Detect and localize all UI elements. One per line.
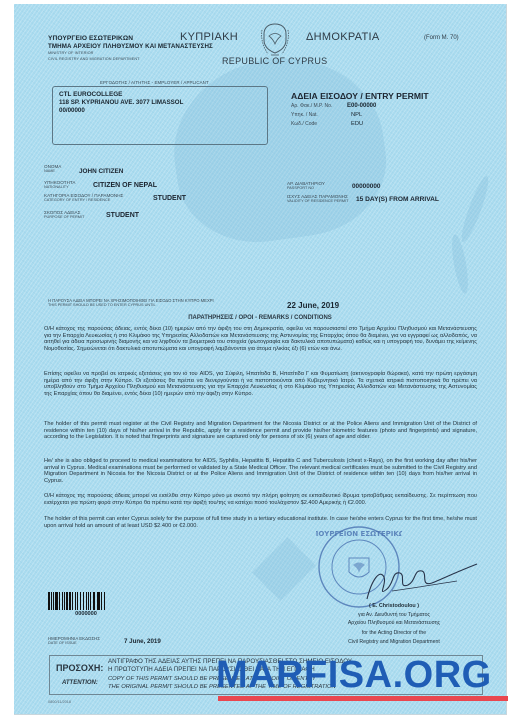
applicant-address: 118 SP. KYPRIANOU AVE. 3077 LIMASSOL [59, 99, 183, 106]
passport-field-label: ΑΡ. ΔΙΑΒΑΤΗΡΙΟΥ PASSPORT NO [287, 181, 325, 191]
ministry-en: MINISTRY OF INTERIOR [48, 51, 94, 55]
watermark-shape [252, 537, 316, 601]
remarks-paragraph-en-2: He/ she is also obliged to proceed to me… [44, 458, 477, 484]
attention-label-en: ATTENTION: [62, 680, 98, 686]
file-number-label: Αρ. Φακ./ M.P. No. [291, 103, 332, 109]
country-gr-right: ΔΗΜΟΚΡΑΤΙΑ [306, 31, 380, 43]
svg-text:ΥΠΟΥΡΓΕΙΟΝ ΕΣΩΤΕΡΙΚΩΝ: ΥΠΟΥΡΓΕΙΟΝ ΕΣΩΤΕΡΙΚΩΝ [316, 530, 402, 538]
applicant-name: CTL EUROCOLLEGE [59, 91, 122, 98]
watermark-leaf-icon [457, 174, 492, 244]
remarks-paragraph-en-1: The holder of this permit must register … [44, 421, 477, 441]
form-footer-code: 0800/11/2018 [48, 700, 71, 704]
department-en: CIVIL REGISTRY AND MIGRATION DEPARTMENT [48, 57, 140, 61]
ministry-gr: ΥΠΟΥΡΓΕΙΟ ΕΣΩΤΕΡΙΚΩΝ [48, 35, 133, 42]
nationality-code-value: NPL [351, 112, 362, 118]
name-value: JOHN CITIZEN [79, 168, 123, 175]
category-code-value: EDU [351, 121, 363, 127]
nationality-code-label: Υπηκ. / Nat. [291, 112, 318, 118]
brand-underline [218, 696, 508, 701]
department-gr: ΤΜΗΜΑ ΑΡΧΕΙΟΥ ΠΛΗΘΥΣΜΟΥ ΚΑΙ ΜΕΤΑΝΑΣΤΕΥΣΗ… [48, 43, 213, 50]
applicant-box: CTL EUROCOLLEGE 118 SP. KYPRIANOU AVE. 3… [52, 86, 268, 145]
entry-until-date: 22 June, 2019 [287, 301, 339, 310]
barcode-number: 0000000 [48, 611, 124, 617]
issue-date-value: 7 June, 2019 [124, 638, 161, 645]
purpose-field-label: ΣΚΟΠΟΣ ΑΔΕΙΑΣ PURPOSE OF PERMIT [44, 210, 84, 220]
remarks-paragraph-gr-2: Επίσης οφείλει να προβεί σε ιατρικές εξε… [44, 371, 477, 397]
entry-until-label: Η ΠΑΡΟΥΣΑ ΑΔΕΙΑ ΜΠΟΡΕΙ ΝΑ ΧΡΗΣΙΜΟΠΟΙΗΘΕΙ… [48, 298, 214, 308]
applicant-phone: 00/00000 [59, 107, 85, 114]
category-value: STUDENT [153, 195, 186, 202]
validity-value: 15 DAY(S) FROM ARRIVAL [356, 196, 439, 203]
brand-watermark: MARFISA.ORG [216, 655, 492, 695]
signatory-title-gr-1: για Αν. Διευθυντή του Τμήματος [314, 612, 474, 618]
cyprus-coat-of-arms-icon [259, 20, 291, 58]
nationality-value: CITIZEN OF NEPAL [93, 182, 157, 189]
watermark-shape [162, 45, 395, 252]
barcode [48, 592, 124, 610]
form-number: (Form M. 70) [424, 35, 459, 41]
category-code-label: Κωδ./ Code [291, 121, 317, 127]
validity-field-label: ΙΣΧΥΣ ΑΔΕΙΑΣ ΠΑΡΑΜΟΝΗΣ VALIDITY OF RESID… [287, 194, 348, 204]
signatory-title-gr-2: Αρχείου Πληθυσμού και Μετανάστευσης [314, 620, 474, 626]
file-number-value: E00-00000 [347, 103, 376, 109]
issue-date-label: ΗΜΕΡΟΜΗΝΙΑ ΕΚΔΟΣΗΣ DATE OF ISSUE [48, 636, 100, 646]
remarks-paragraph-en-3: The holder of this permit can enter Cypr… [44, 516, 477, 529]
name-field-label: ΟΝΟΜΑ NAME [44, 164, 61, 174]
nationality-field-label: ΥΠΗΚΟΟΤΗΤΑ NATIONALITY [44, 180, 75, 190]
applicant-label: ΕΡΓΟΔΟΤΗΣ / ΑΙΤΗΤΗΣ - EMPLOYER / APPLICA… [100, 80, 209, 85]
attention-label-gr: ΠΡΟΣΟΧΗ: [56, 663, 103, 673]
watermark-leaf-icon [449, 233, 471, 294]
remarks-paragraph-gr-3: Ο/Η κάτοχος της παρούσας άδειας μπορεί ν… [44, 493, 477, 506]
remarks-paragraph-gr-1: Ο/Η κάτοχος της παρούσας άδειας, εντός δ… [44, 326, 477, 352]
category-field-label: ΚΑΤΗΓΟΡΙΑ ΕΙΣΟΔΟΥ / ΠΑΡΑΜΟΝΗΣ CATEGORY O… [44, 193, 123, 203]
entry-permit-document: ΥΠΟΥΡΓΕΙΟ ΕΣΩΤΕΡΙΚΩΝ ΤΜΗΜΑ ΑΡΧΕΙΟΥ ΠΛΗΘΥ… [14, 4, 507, 715]
remarks-title: ΠΑΡΑΤΗΡΗΣΕΙΣ / ΟΡΟΙ - REMARKS / CONDITIO… [14, 315, 506, 321]
purpose-value: STUDENT [106, 212, 139, 219]
signatory-title-en-2: Civil Registry and Migration Department [314, 639, 474, 645]
permit-title: ΑΔΕΙΑ ΕΙΣΟΔΟΥ / ENTRY PERMIT [291, 91, 429, 101]
country-gr-left: ΚΥΠΡΙΑΚΗ [180, 31, 238, 43]
signatory-name: ( E. Christodoulou ) [314, 603, 474, 609]
signature-icon [362, 559, 482, 604]
passport-value: 00000000 [352, 183, 380, 190]
signatory-title-en-1: for the Acting Director of the [314, 630, 474, 636]
